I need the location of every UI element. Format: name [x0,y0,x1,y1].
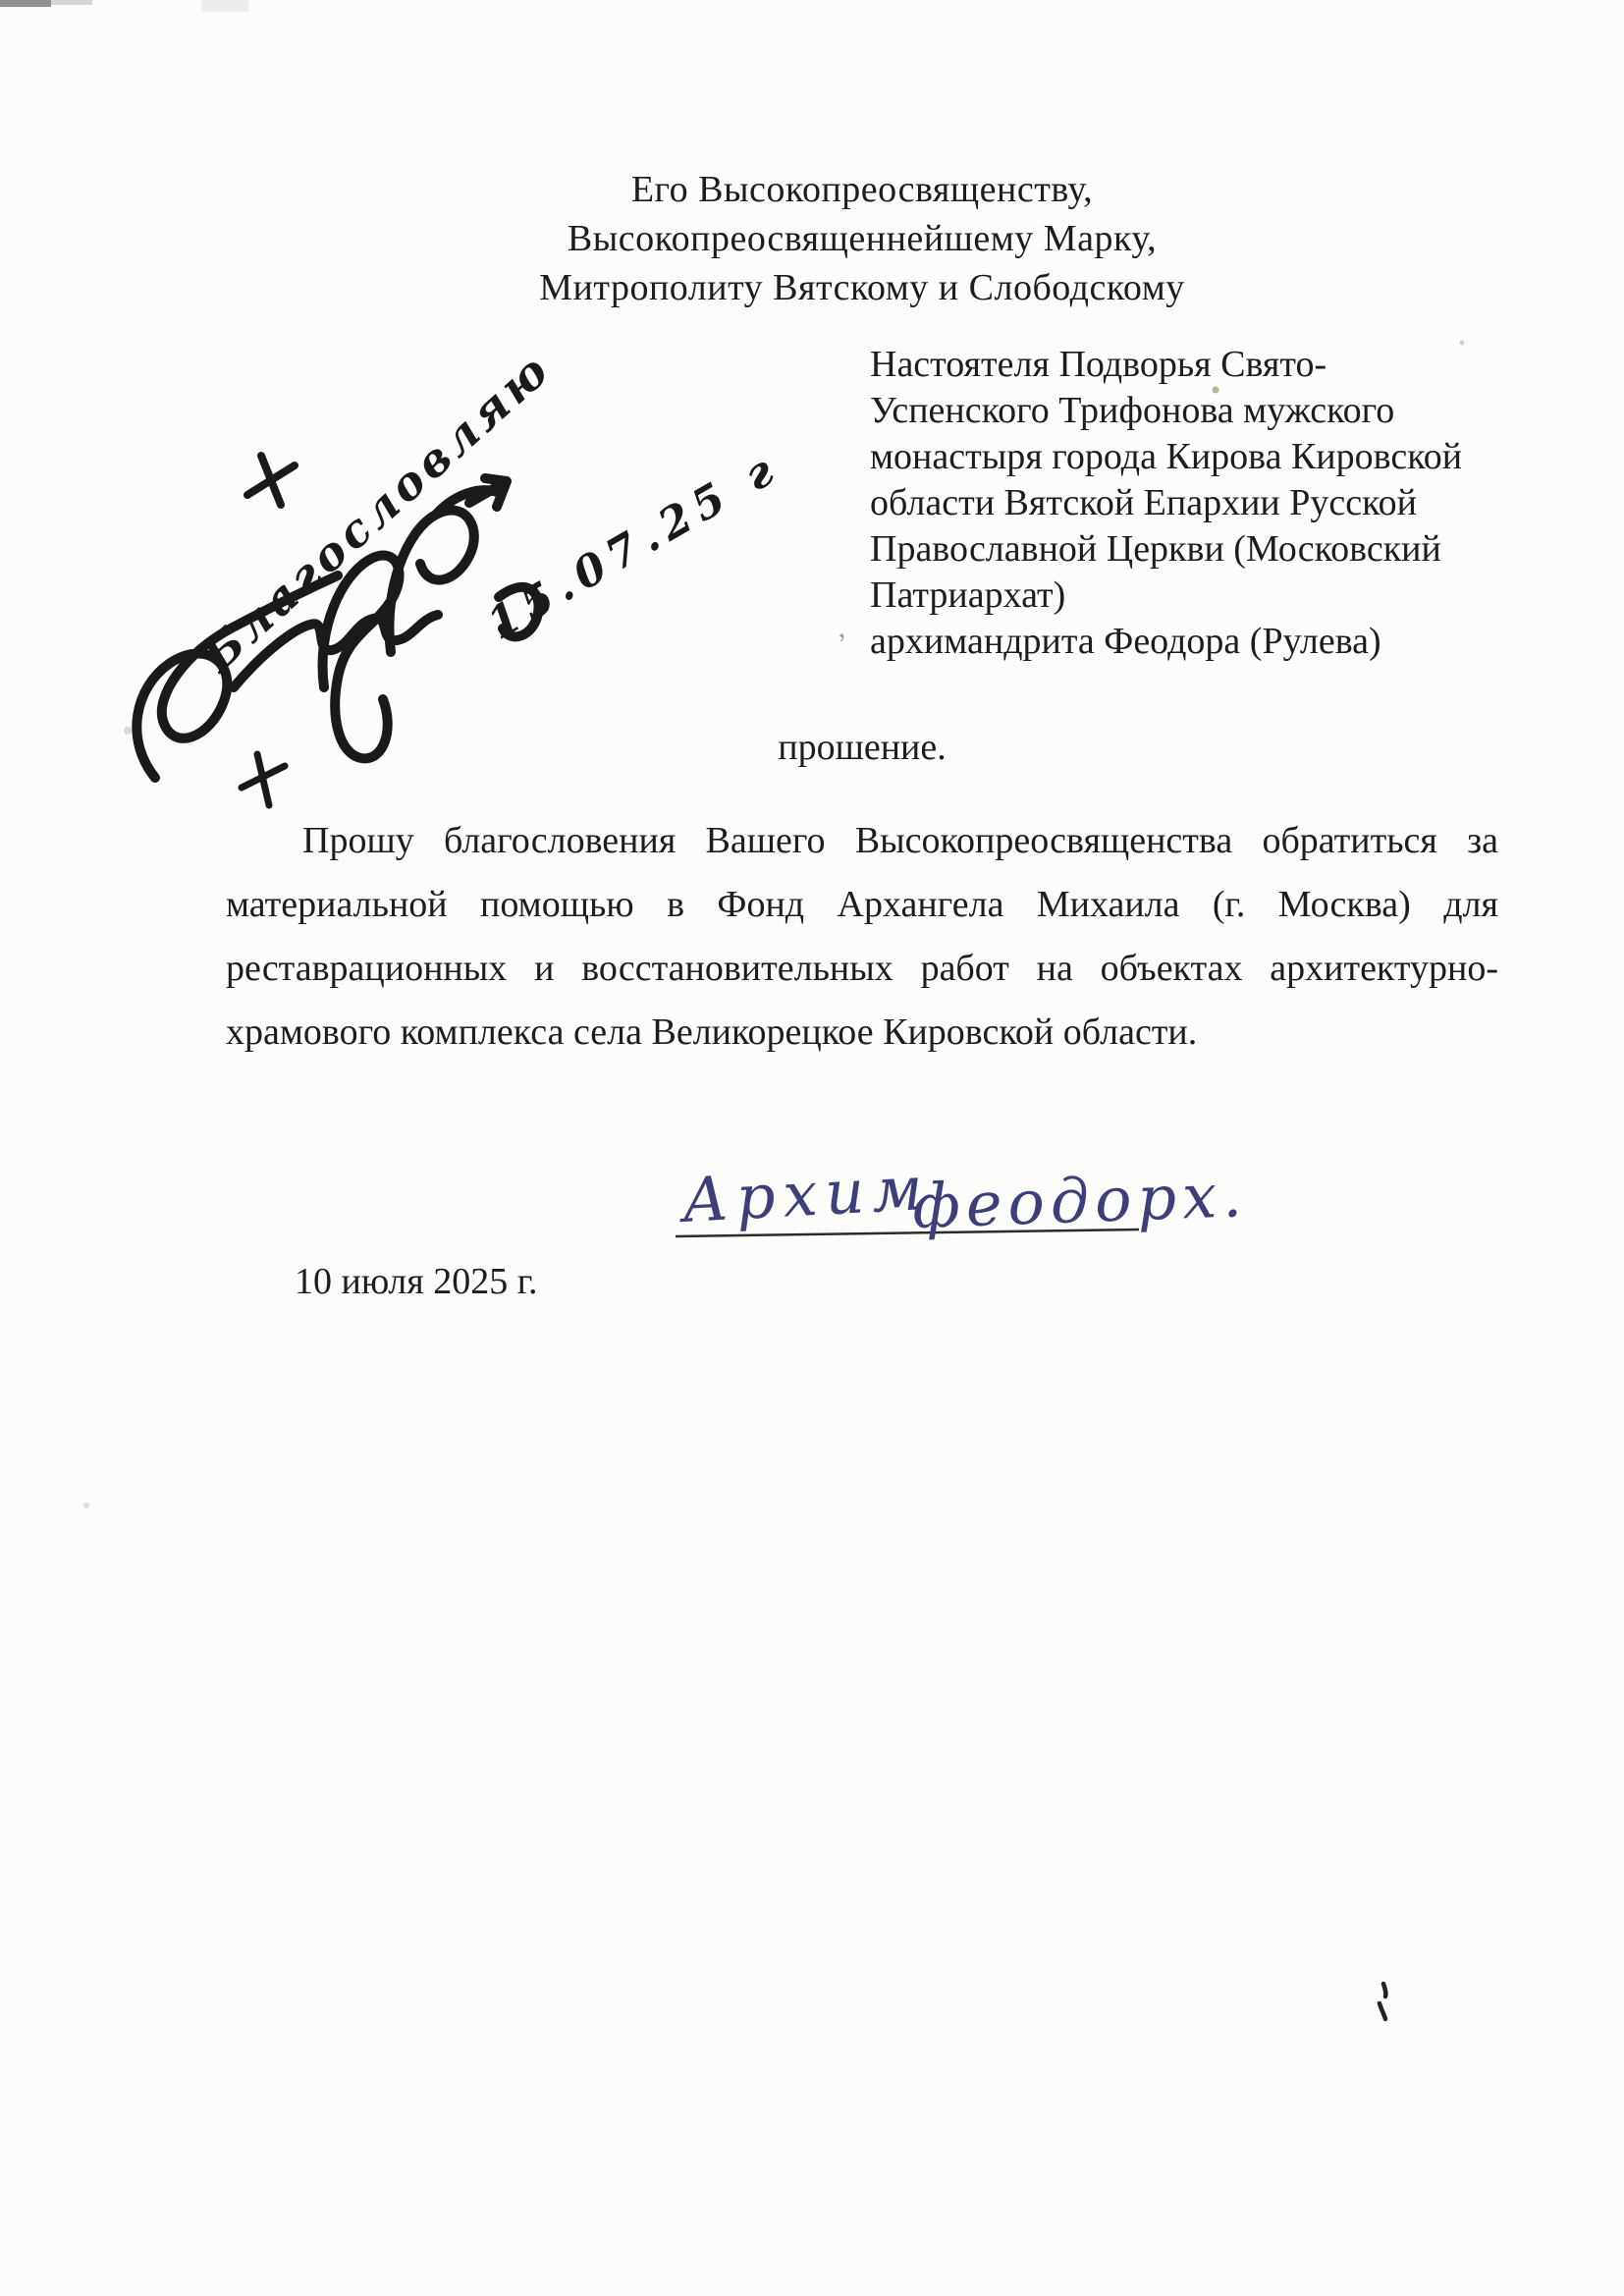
blessing-cross-icon [242,754,285,805]
blessing-inscription: Благословляю 15.07.25 г [136,341,788,805]
ink-mark [1380,1984,1385,2019]
scanned-petition-page: Его Высокопреосвященству, Высокопреосвящ… [0,0,1624,2296]
scan-smudge [51,0,92,5]
scan-artifacts: ’ [0,0,1465,2019]
scan-smudge [0,0,51,7]
ink-overlay: ’ Благословляю [0,0,1624,2296]
petitioner-signature: Архим феодорх. [676,1152,1249,1242]
scan-speck [1213,387,1219,394]
blessing-date: 15.07.25 г [479,442,788,649]
scan-speck [83,1503,89,1508]
scan-speck [1460,341,1465,346]
signature-name-part: феодорх. [911,1159,1249,1242]
scan-speck [124,727,132,735]
scan-speck: ’ [836,627,852,660]
scan-smudge [201,0,248,12]
blessing-cross-icon [247,456,295,505]
signature-name-part: Архим [677,1152,932,1236]
